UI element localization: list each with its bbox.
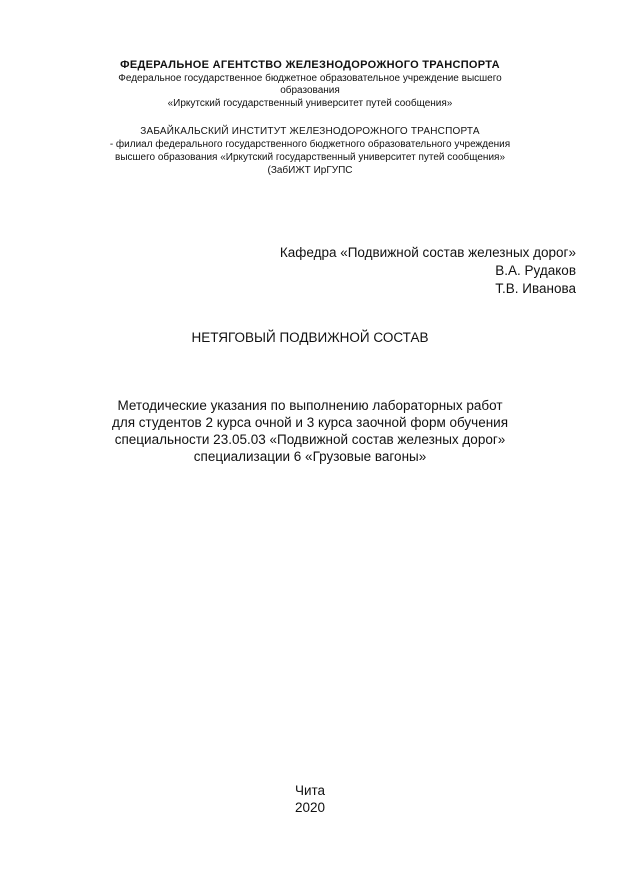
institute-line-2: высшего образования «Иркутский государст… bbox=[0, 152, 620, 163]
institute-line-1: - филиал федерального государственного б… bbox=[0, 139, 620, 150]
institute-line-3: (ЗабИЖТ ИрГУПС bbox=[0, 165, 620, 176]
author-2: Т.В. Иванова bbox=[495, 281, 576, 296]
description-line-4: специализации 6 «Грузовые вагоны» bbox=[0, 449, 620, 464]
agency-name: ФЕДЕРАЛЬНОЕ АГЕНТСТВО ЖЕЛЕЗНОДОРОЖНОГО Т… bbox=[0, 59, 620, 71]
description-line-2: для студентов 2 курса очной и 3 курса за… bbox=[0, 415, 620, 430]
institute-name: ЗАБАЙКАЛЬСКИЙ ИНСТИТУТ ЖЕЛЕЗНОДОРОЖНОГО … bbox=[0, 126, 620, 137]
university-line-2: образования bbox=[0, 85, 620, 96]
author-1: В.А. Рудаков bbox=[495, 263, 576, 278]
year: 2020 bbox=[0, 800, 620, 815]
university-line-3: «Иркутский государственный университет п… bbox=[0, 98, 620, 109]
description-line-1: Методические указания по выполнению лабо… bbox=[0, 398, 620, 413]
department: Кафедра «Подвижной состав железных дорог… bbox=[280, 245, 576, 260]
city: Чита bbox=[0, 783, 620, 798]
university-line-1: Федеральное государственное бюджетное об… bbox=[0, 73, 620, 84]
description-line-3: специальности 23.05.03 «Подвижной состав… bbox=[0, 432, 620, 447]
document-title: НЕТЯГОВЫЙ ПОДВИЖНОЙ СОСТАВ bbox=[0, 330, 620, 345]
